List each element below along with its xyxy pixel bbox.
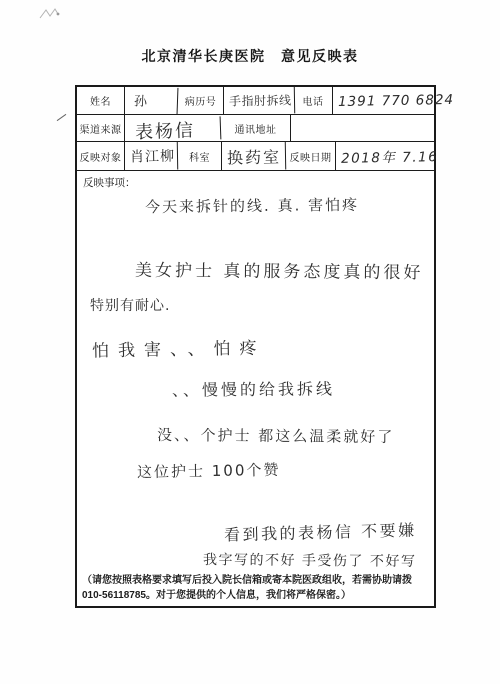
handwritten-line: 这位护士 100个赞 — [137, 459, 281, 482]
handwritten-line: 今天来拆针的线. 真. 害怕疼 — [145, 194, 359, 217]
handwritten-line: 我字写的不好 手受伤了 不好写 — [203, 549, 417, 571]
record-number-value: 手指肘拆线 — [224, 86, 295, 114]
name-value: 孙 — [125, 86, 179, 115]
feedback-area: 反映事项： 今天来拆针的线. 真. 害怕疼 美女护士 真的服务态度真的很好 特别… — [77, 171, 434, 608]
pen-scribble-mark — [38, 6, 64, 22]
feedback-section: 反映事项： 今天来拆针的线. 真. 害怕疼 美女护士 真的服务态度真的很好 特别… — [77, 171, 434, 608]
table-row-target: 反映对象 肖江柳 科室 换药室 反映日期 2018年 7.16 — [77, 142, 434, 171]
phone-value: 1391 770 6824 — [332, 86, 456, 115]
handwritten-line: 特别有耐心. — [90, 295, 170, 315]
phone-label: 电话 — [295, 87, 333, 114]
department-label: 科室 — [178, 142, 222, 170]
feedback-label: 反映事项： — [83, 175, 136, 190]
date-value: 2018年 7.16 — [336, 141, 441, 171]
name-label: 姓名 — [77, 87, 125, 114]
stray-pen-mark — [57, 114, 67, 121]
channel-value: 表杨信 — [125, 116, 222, 142]
address-value — [291, 115, 434, 141]
page-title: 北京清华长庚医院 意见反映表 — [0, 46, 500, 66]
handwritten-line: 、、慢慢的给我拆线 — [172, 376, 335, 400]
footer-instructions-note: （请您按照表格要求填写后投入院长信箱或寄本院医政组收，若需协助请拨010-561… — [82, 573, 429, 603]
target-label: 反映对象 — [77, 142, 125, 170]
table-row-channel: 渠道来源 表杨信 通讯地址 — [77, 115, 434, 142]
address-label: 通讯地址 — [221, 115, 291, 141]
handwritten-line: 看到我的表杨信 不要嫌 — [224, 517, 417, 545]
channel-label: 渠道来源 — [77, 115, 125, 141]
date-label: 反映日期 — [286, 142, 336, 170]
record-number-label: 病历号 — [178, 87, 224, 114]
handwritten-line: 美女护士 真的服务态度真的很好 — [135, 256, 424, 284]
table-row-identity: 姓名 孙 病历号 手指肘拆线 电话 1391 770 6824 — [77, 87, 434, 115]
feedback-form-table: 姓名 孙 病历号 手指肘拆线 电话 1391 770 6824 渠道来源 表杨信… — [75, 85, 436, 608]
department-value: 换药室 — [222, 141, 286, 170]
target-value: 肖江柳 — [125, 142, 178, 171]
handwritten-line: 怕我害、、怕疼 — [92, 333, 266, 361]
scanned-feedback-form-page: 北京清华长庚医院 意见反映表 姓名 孙 病历号 手指肘拆线 电话 1391 77… — [0, 0, 500, 684]
handwritten-line: 没、、个护士 都这么温柔就好了 — [157, 424, 394, 447]
